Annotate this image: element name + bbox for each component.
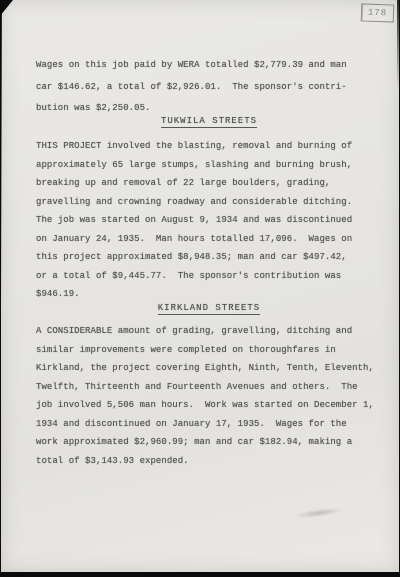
text-line: The job was started on August 9, 1934 an… [36, 211, 352, 230]
scanned-page: 178 Wages on this job paid by WERA total… [1, 0, 399, 572]
text-line: on January 24, 1935. Man hours totalled … [36, 230, 352, 249]
section-heading-kirkland: KIRKLAND STREETS [1, 303, 399, 313]
text-line: similar improvements were completed on t… [36, 341, 374, 360]
text-line: gravelling and crowning roadway and cons… [36, 193, 352, 212]
text-line: A CONSIDERABLE amount of grading, gravel… [36, 322, 374, 341]
text-line: $946.19. [36, 285, 352, 304]
text-line: work approximated $2,960.99; man and car… [36, 433, 374, 452]
text-line: approximately 65 large stumps, slashing … [36, 156, 352, 175]
page-number-box: 178 [361, 3, 395, 22]
section-heading-text: KIRKLAND STREETS [158, 303, 260, 315]
text-line: breaking up and removal of 22 large boul… [36, 174, 352, 193]
text-line: job involved 5,506 man hours. Work was s… [36, 396, 374, 415]
scan-smudge [294, 506, 345, 521]
scanned-document-photo: { "document": { "page_number": "178", "c… [0, 0, 400, 577]
text-line: Kirkland, the project covering Eighth, N… [36, 359, 374, 378]
text-line: Wages on this job paid by WERA totalled … [36, 55, 347, 77]
text-line: total of $3,143.93 expended. [36, 452, 374, 471]
tukwila-paragraph: THIS PROJECT involved the blasting, remo… [36, 137, 352, 304]
section-heading-tukwila: TUKWILA STREETS [1, 116, 399, 126]
scan-edge-left [0, 0, 2, 300]
intro-paragraph: Wages on this job paid by WERA totalled … [36, 55, 347, 120]
text-line: or a total of $9,445.77. The sponsor's c… [36, 267, 352, 286]
section-heading-text: TUKWILA STREETS [161, 116, 257, 128]
kirkland-paragraph: A CONSIDERABLE amount of grading, gravel… [36, 322, 374, 470]
text-line: THIS PROJECT involved the blasting, remo… [36, 137, 352, 156]
text-line: car $146.62, a total of $2,926.01. The s… [36, 77, 347, 99]
text-line: Twelfth, Thirteenth and Fourteenth Avenu… [36, 378, 374, 397]
text-line: this project approximated $8,948.35; man… [36, 248, 352, 267]
text-line: 1934 and discontinued on January 17, 193… [36, 415, 374, 434]
page-number: 178 [368, 8, 388, 19]
